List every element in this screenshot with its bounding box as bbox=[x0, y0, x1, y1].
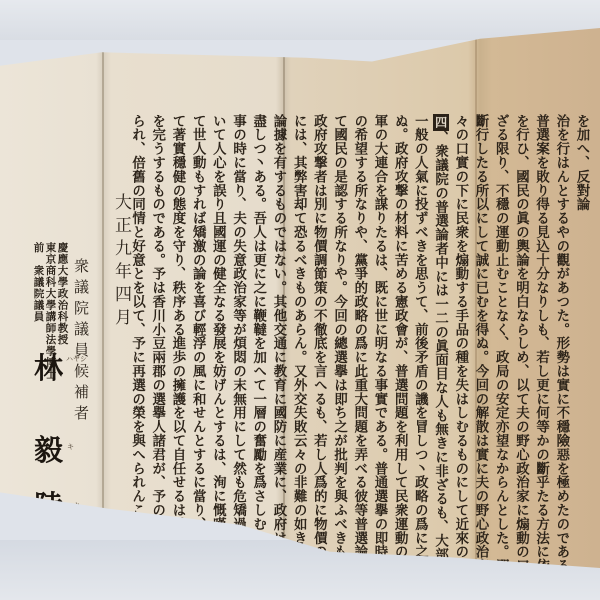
candidate-name-char: 陸 bbox=[34, 484, 63, 525]
candidate-title: 衆議院議員候補者 bbox=[73, 258, 88, 426]
backdrop-top bbox=[0, 0, 600, 40]
election-leaflet: を加へ、反對論治を行はんとするやの觀があつた。形勢は實に不穩險惡を極めたのである… bbox=[0, 28, 600, 568]
body-line: 四、衆議院の普選論者中には一二の眞面目な人も無きに非ざるも、大部分は普選論の bbox=[430, 114, 450, 514]
section-number: 四 bbox=[433, 114, 449, 131]
body-line: 論據を有するものではない。其他交通に教育に國防に産業に、政府は孜々として其最善を bbox=[269, 114, 289, 514]
affiliation-line: 前 衆議院議員 bbox=[33, 242, 44, 323]
affiliation-line: 慶應大學政治科教授 bbox=[57, 242, 68, 346]
name-reading: キ bbox=[67, 442, 74, 452]
candidate-name-char: 毅 bbox=[34, 428, 63, 469]
body-line: 普選案を敗り得る見込十分なりしも、若し更に何等かの斷乎たる方法に依て局面の大打開 bbox=[531, 114, 551, 514]
body-line: て世人動もすれば矯激の論を喜び輕浮の風に和せんとするに當り、我政友會獨り卓然とし bbox=[188, 114, 208, 514]
body-line: 一般の人氣に投ずべきを思うて、前後矛盾の譏を冒しつ丶政略の爲に之を利用せるに過ぎ bbox=[410, 114, 430, 514]
body-line: 治を行はんとするやの觀があつた。形勢は實に不穩險惡を極めたのである。議院内に於て bbox=[552, 114, 572, 514]
body-text: を加へ、反對論治を行はんとするやの觀があつた。形勢は實に不穩險惡を極めたのである… bbox=[127, 114, 592, 514]
body-line: ざる限り、不穩の運動止むことなく、政局の安定亦望なからんとした。即ち政府が解散を bbox=[491, 114, 511, 514]
body-line: 事の時に當り、夫の失意政治家等が煩悶の末無用にして然も危矯過激なる議論に耽り、延 bbox=[228, 114, 248, 514]
body-line: ぬ。政府攻撃の材料に苦める憲政會が、普選問題を利用して民衆運動の氣焰を煽り、攻撃 bbox=[390, 114, 410, 514]
date: 大正九年四月 bbox=[112, 193, 129, 331]
body-line: を行ひ、國民の眞の輿論を明白ならしめ、以て夫の野心政治家に煽動の口實を失はしめ bbox=[511, 114, 531, 514]
name-reading: ハヤシ bbox=[66, 354, 87, 364]
name-reading: ロク bbox=[66, 501, 80, 511]
body-line: 政府攻撃者は別に物價調節策の不徹底を言へるも、若し人爲的に物價の大下落を謀らん bbox=[309, 114, 329, 514]
body-line: て著實穩健の態度を守り、秩序ある進歩の擁護を以て自任せるは、眞に是れ大政黨の本務 bbox=[168, 114, 188, 514]
body-line: 々の口實の下に民衆を煽動する手品の種を失はしむるものにして近來の痛快事である。 bbox=[451, 114, 471, 514]
body-line: 盡しつ丶ある。吾人は更に之に鞭韃を加へて一層の奮勵を爲さしむべきである。此内外多 bbox=[249, 114, 269, 514]
body-line: て國民の是認する所なりや。今回の總選擧は即ち之が批判を與ふべきものである。 bbox=[329, 114, 349, 514]
body-line: には、其弊害却て恐るべきものあらん。又外交失敗云々の非難の如きも、決して確實なる bbox=[289, 114, 309, 514]
body-line: の希望する所なりや、黨爭的政略の爲に此重大問題を弄べる彼等普選論者の行動は、果し bbox=[350, 114, 370, 514]
body-line: 斷行したる所以にして誠に已むを得ぬ。今回の解散は實に夫の野心政治家をして、輿論云 bbox=[471, 114, 491, 514]
body-line: を加へ、反對論 bbox=[572, 114, 592, 514]
fold-crease bbox=[102, 28, 104, 568]
body-line: 軍の大連合を謀りたるは、既に世に明なる事實である。普通選擧の即時實行は果して國民 bbox=[370, 114, 390, 514]
candidate-name-char: 林 bbox=[34, 346, 63, 387]
body-line: いて人心を誤り且國運の健全なる發展を妨げんとするは、洵に慨嘆すべき事である。而し bbox=[208, 114, 228, 514]
body-line: を完うするものである。予は香川小豆兩郡の選擧人諸君が、予の上に述べたる所を諒とせ bbox=[148, 114, 168, 514]
